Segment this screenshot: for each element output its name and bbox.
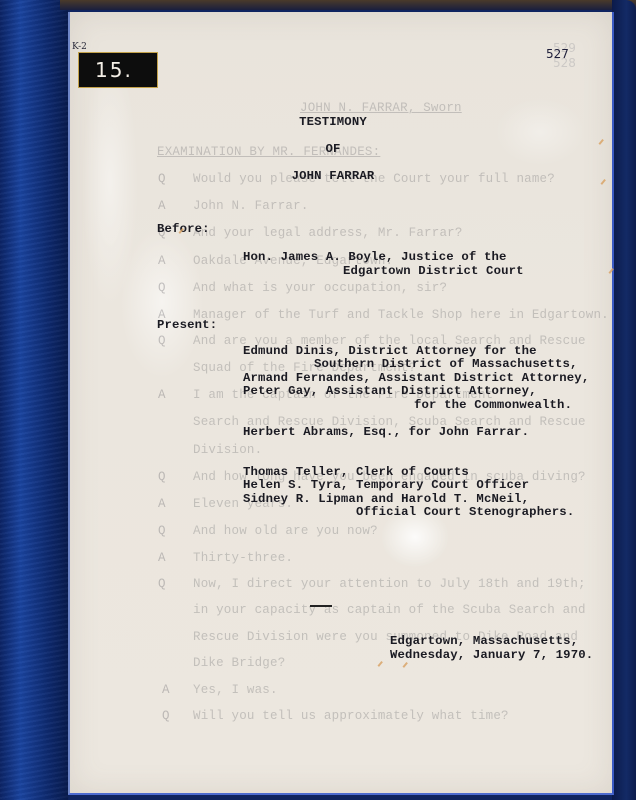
- ghost-line: Thirty-three.: [193, 551, 293, 565]
- present-prosecution-line: for the Commonwealth.: [414, 398, 572, 412]
- ghost-label: A: [158, 388, 166, 402]
- ghost-label: A: [158, 497, 166, 511]
- ghost-line: Now, I direct your attention to July 18t…: [193, 577, 586, 591]
- ghost-line: John N. Farrar.: [193, 199, 309, 213]
- page-number: 527: [546, 47, 569, 61]
- ghost-label: Q: [158, 281, 166, 295]
- present-staff-line: Sidney R. Lipman and Harold T. McNeil,: [243, 492, 529, 506]
- ghost-label: Q: [158, 172, 166, 186]
- ghost-label: Q: [158, 334, 166, 348]
- before-line: Edgartown District Court: [343, 264, 524, 278]
- present-staff-line: Official Court Stenographers.: [356, 505, 574, 519]
- ghost-line: And what is your occupation, sir?: [193, 281, 447, 295]
- binder-right-edge: [612, 0, 636, 800]
- ghost-label: Q: [158, 470, 166, 484]
- ghost-line: Yes, I was.: [193, 683, 278, 697]
- present-prosecution-line: Edmund Dinis, District Attorney for the: [243, 344, 537, 358]
- ghost-line: Manager of the Turf and Tackle Shop here…: [193, 308, 609, 322]
- ghost-line: And how old are you now?: [193, 524, 378, 538]
- present-staff-line: Thomas Teller, Clerk of Courts: [243, 465, 469, 479]
- ghost-label: Q: [162, 709, 170, 723]
- ghost-label: A: [162, 683, 170, 697]
- title-of: OF: [253, 142, 413, 156]
- present-prosecution-line: Armand Fernandes, Assistant District Att…: [243, 371, 589, 385]
- title-witness-name: JOHN FARRAR: [253, 169, 413, 183]
- dateline-date: Wednesday, January 7, 1970.: [390, 648, 593, 662]
- ghost-line: And your legal address, Mr. Farrar?: [193, 226, 463, 240]
- present-defense-line: Herbert Abrams, Esq., for John Farrar.: [243, 425, 529, 439]
- present-label: Present:: [157, 318, 217, 332]
- binder-spine: [0, 0, 68, 800]
- present-staff-line: Helen S. Tyra, Temporary Court Officer: [243, 478, 529, 492]
- exhibit-tag: 15.: [78, 52, 158, 88]
- dateline-place: Edgartown, Massachusetts,: [390, 634, 578, 648]
- ghost-label: A: [158, 254, 166, 268]
- ghost-label: Q: [158, 577, 166, 591]
- ghost-line: Will you tell us approximately what time…: [193, 709, 509, 723]
- ghost-label: A: [158, 551, 166, 565]
- ghost-label: Q: [158, 524, 166, 538]
- ghost-line: in your capacity as captain of the Scuba…: [193, 603, 586, 617]
- separator-dash: [310, 605, 332, 607]
- exhibit-code: K-2: [72, 42, 87, 52]
- ghost-header: JOHN N. FARRAR, Sworn: [300, 101, 462, 115]
- present-prosecution-line: Peter Gay, Assistant District Attorney,: [243, 384, 537, 398]
- before-line: Hon. James A. Boyle, Justice of the: [243, 250, 507, 264]
- title-testimony: TESTIMONY: [253, 115, 413, 129]
- ghost-label: A: [158, 199, 166, 213]
- binder-top-edge: [60, 0, 636, 10]
- ghost-line: Dike Bridge?: [193, 656, 285, 670]
- ghost-line: Division.: [193, 443, 262, 457]
- present-prosecution-line: Southern District of Massachusetts,: [314, 357, 578, 371]
